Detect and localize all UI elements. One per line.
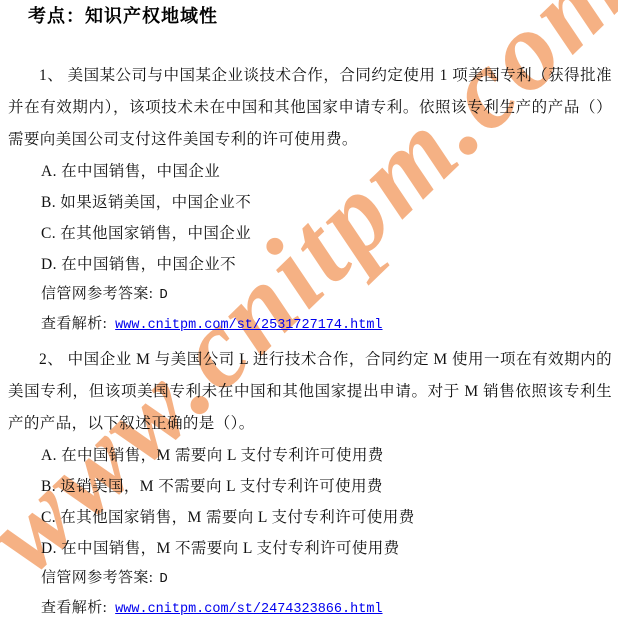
question-2-stem: 2、 中国企业 M 与美国公司 L 进行技术合作，合同约定 M 使用一项在有效期… xyxy=(8,344,612,440)
question-2-option-d: D. 在中国销售，M 不需要向 L 支付专利许可使用费 xyxy=(41,533,612,564)
question-2-option-c: C. 在其他国家销售，M 需要向 L 支付专利许可使用费 xyxy=(41,502,612,533)
question-2-option-a: A. 在中国销售，M 需要向 L 支付专利许可使用费 xyxy=(41,440,612,471)
analysis-label: 查看解析: xyxy=(41,600,107,616)
answer-value: D xyxy=(159,287,168,303)
question-2-analysis-line: 查看解析:www.cnitpm.com/st/2474323866.html xyxy=(41,594,612,624)
answer-label: 信管网参考答案: xyxy=(41,286,153,302)
question-1-stem: 1、 美国某公司与中国某企业谈技术合作，合同约定使用 1 项美国专利（获得批准并… xyxy=(8,60,612,156)
question-2-answer-line: 信管网参考答案:D xyxy=(41,564,612,594)
page-title: 考点：知识产权地域性 xyxy=(28,6,612,27)
question-1-option-b: B. 如果返销美国，中国企业不 xyxy=(41,187,612,218)
analysis-link[interactable]: www.cnitpm.com/st/2474323866.html xyxy=(115,602,382,617)
question-1-analysis-line: 查看解析:www.cnitpm.com/st/2531727174.html xyxy=(41,310,612,340)
question-1: 1、 美国某公司与中国某企业谈技术合作，合同约定使用 1 项美国专利（获得批准并… xyxy=(8,60,612,340)
question-2-option-b: B. 返销美国，M 不需要向 L 支付专利许可使用费 xyxy=(41,471,612,502)
document-page: www.cnitpm.com 考点：知识产权地域性 1、 美国某公司与中国某企业… xyxy=(0,0,618,624)
question-1-answer-line: 信管网参考答案:D xyxy=(41,280,612,310)
answer-value: D xyxy=(159,571,168,587)
analysis-link[interactable]: www.cnitpm.com/st/2531727174.html xyxy=(115,318,382,333)
question-1-option-c: C. 在其他国家销售，中国企业 xyxy=(41,218,612,249)
question-1-option-d: D. 在中国销售，中国企业不 xyxy=(41,249,612,280)
analysis-label: 查看解析: xyxy=(41,316,107,332)
question-1-option-a: A. 在中国销售，中国企业 xyxy=(41,156,612,187)
answer-label: 信管网参考答案: xyxy=(41,570,153,586)
question-2: 2、 中国企业 M 与美国公司 L 进行技术合作，合同约定 M 使用一项在有效期… xyxy=(8,344,612,624)
document-content: 考点：知识产权地域性 1、 美国某公司与中国某企业谈技术合作，合同约定使用 1 … xyxy=(0,0,618,624)
